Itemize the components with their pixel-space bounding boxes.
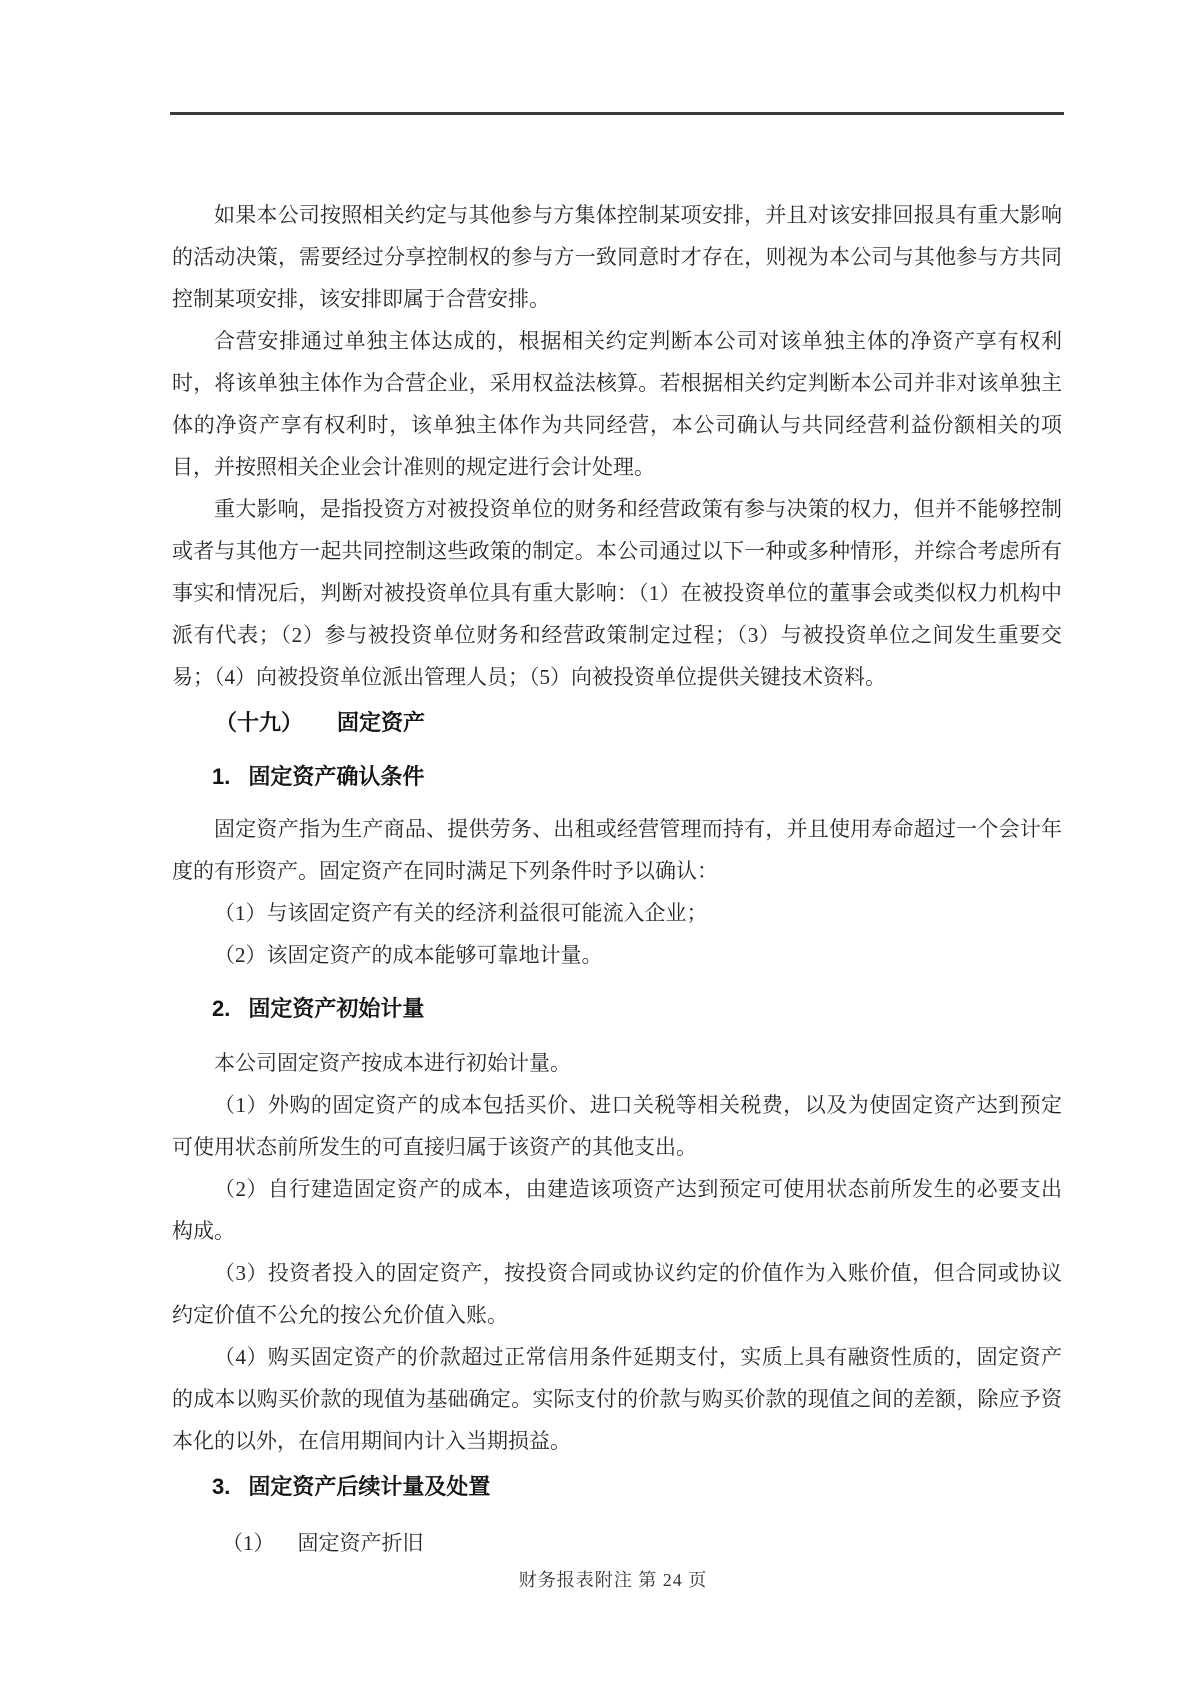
subheading-title: 固定资产确认条件 xyxy=(248,764,424,789)
subheading-number: 1. xyxy=(212,764,230,789)
subheading-subsequent-measurement: 3.固定资产后续计量及处置 xyxy=(212,1466,1062,1508)
page-content: 如果本公司按照相关约定与其他参与方集体控制某项安排，并且对该安排回报具有重大影响… xyxy=(172,194,1062,1564)
paragraph-fa-definition: 固定资产指为生产商品、提供劳务、出租或经营管理而持有，并且使用寿命超过一个会计年… xyxy=(172,808,1062,892)
list-item-cost-measurable: （2）该固定资产的成本能够可靠地计量。 xyxy=(172,934,1062,976)
paragraph-deferred-payment: （4）购买固定资产的价款超过正常信用条件延期支付，实质上具有融资性质的，固定资产… xyxy=(172,1336,1062,1462)
paragraph-joint-control: 如果本公司按照相关约定与其他参与方集体控制某项安排，并且对该安排回报具有重大影响… xyxy=(172,194,1062,320)
paragraph-investor-contributed-assets: （3）投资者投入的固定资产，按投资合同或协议约定的价值作为入账价值，但合同或协议… xyxy=(172,1252,1062,1336)
page-footer: 财务报表附注 第 24 页 xyxy=(172,1568,1054,1592)
subheading-title: 固定资产初始计量 xyxy=(248,996,424,1021)
subitem-number: （1） xyxy=(222,1531,275,1555)
subitem-depreciation: （1）固定资产折旧 xyxy=(222,1522,1062,1564)
document-page: 如果本公司按照相关约定与其他参与方集体控制某项安排，并且对该安排回报具有重大影响… xyxy=(0,0,1200,1697)
subitem-title: 固定资产折旧 xyxy=(298,1531,424,1555)
paragraph-purchased-assets: （1）外购的固定资产的成本包括买价、进口关税等相关税费，以及为使固定资产达到预定… xyxy=(172,1084,1062,1168)
paragraph-self-built-assets: （2）自行建造固定资产的成本，由建造该项资产达到预定可使用状态前所发生的必要支出… xyxy=(172,1168,1062,1252)
section-title: 固定资产 xyxy=(337,710,425,735)
subheading-recognition-criteria: 1.固定资产确认条件 xyxy=(212,756,1062,798)
paragraph-initial-measurement: 本公司固定资产按成本进行初始计量。 xyxy=(172,1042,1062,1084)
list-item-economic-inflow: （1）与该固定资产有关的经济利益很可能流入企业； xyxy=(172,892,1062,934)
header-rule xyxy=(170,112,1064,115)
paragraph-joint-venture: 合营安排通过单独主体达成的，根据相关约定判断本公司对该单独主体的净资产享有权利时… xyxy=(172,320,1062,488)
section-heading-fixed-assets: （十九）固定资产 xyxy=(215,702,1062,744)
subheading-number: 2. xyxy=(212,996,230,1021)
paragraph-significant-influence: 重大影响，是指投资方对被投资单位的财务和经营政策有参与决策的权力，但并不能够控制… xyxy=(172,488,1062,698)
section-number: （十九） xyxy=(215,710,303,735)
subheading-number: 3. xyxy=(212,1474,230,1499)
subheading-title: 固定资产后续计量及处置 xyxy=(248,1474,490,1499)
subheading-initial-measurement: 2.固定资产初始计量 xyxy=(212,988,1062,1030)
